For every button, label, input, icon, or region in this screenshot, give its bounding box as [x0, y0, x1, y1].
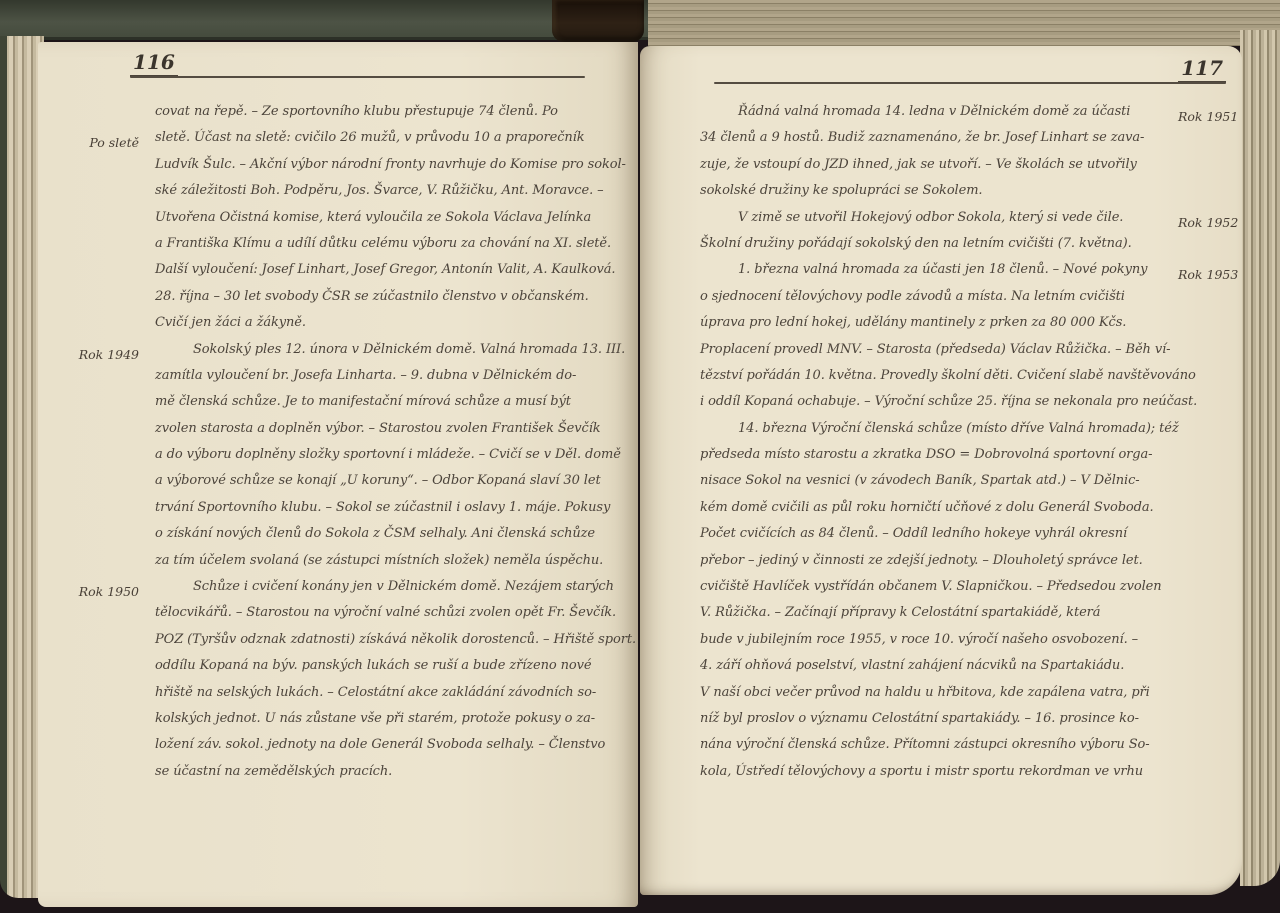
margin-year-note: Rok 1950: [79, 579, 139, 605]
handwritten-line: Schůze i cvičení konány jen v Dělnickém …: [155, 579, 610, 605]
handwritten-line: V naší obci večer průvod na haldu u hřbi…: [700, 685, 1162, 711]
handwritten-line: o sjednocení tělovýchovy podle závodů a …: [700, 289, 1162, 315]
binding-clasp: [552, 0, 644, 42]
handwritten-line: ložení záv. sokol. jednoty na dole Gener…: [155, 737, 610, 763]
handwritten-line: bude v jubilejním roce 1955, v roce 10. …: [700, 632, 1162, 658]
handwritten-line: nisace Sokol na vesnici (v závodech Baní…: [700, 473, 1162, 499]
page-number: 117: [1178, 56, 1226, 83]
handwritten-line: předseda místo starostu a zkratka DSO = …: [700, 447, 1162, 473]
handwritten-line: a Františka Klímu a udílí důtku celému v…: [155, 236, 610, 262]
handwritten-line: sokolské družiny ke spolupráci se Sokole…: [700, 183, 1162, 209]
handwritten-line: Utvořena Očistná komise, která vyloučila…: [155, 210, 610, 236]
handwritten-line: Řádná valná hromada 14. ledna v Dělnické…: [700, 104, 1162, 130]
handwritten-line: tělocvikářů. – Starostou na výroční valn…: [155, 605, 610, 631]
handwritten-line: ské záležitosti Boh. Podpěru, Jos. Švarc…: [155, 183, 610, 209]
handwritten-line: o získání nových členů do Sokola z ČSM s…: [155, 526, 610, 552]
handwritten-line: 34 členů a 9 hostů. Budiž zaznamenáno, ž…: [700, 130, 1162, 156]
margin-year-note: Rok 1951: [1178, 104, 1238, 130]
margin-year-note: Rok 1953: [1178, 262, 1238, 288]
handwritten-line: úprava pro lední hokej, udělány mantinel…: [700, 315, 1162, 341]
page-rule: [714, 82, 1226, 84]
handwritten-line: Počet cvičících as 84 členů. – Oddíl led…: [700, 526, 1162, 552]
paragraph: Rok 1951Řádná valná hromada 14. ledna v …: [700, 104, 1162, 210]
handwritten-text-block: Rok 1951Řádná valná hromada 14. ledna v …: [700, 104, 1162, 790]
paragraph: Rok 19531. března valná hromada za účast…: [700, 262, 1162, 420]
page-stack-fore-edge: [1240, 30, 1280, 886]
handwritten-text-block: Po sletěcovat na řepě. – Ze sportovního …: [155, 104, 610, 790]
paragraph: 14. března Výroční členská schůze (místo…: [700, 421, 1162, 790]
paragraph: Rok 1952V zimě se utvořil Hokejový odbor…: [700, 210, 1162, 263]
handwritten-line: Sokolský ples 12. února v Dělnickém domě…: [155, 342, 610, 368]
handwritten-line: a výborové schůze se konají „U koruny“. …: [155, 473, 610, 499]
page-header: 117: [714, 56, 1226, 86]
handwritten-line: Školní družiny pořádají sokolský den na …: [700, 236, 1162, 262]
book-cover-top-edge: [0, 0, 648, 40]
page-right: 117 Rok 1951Řádná valná hromada 14. ledn…: [640, 46, 1242, 895]
handwritten-line: nána výroční členská schůze. Přítomni zá…: [700, 737, 1162, 763]
handwritten-line: 28. října – 30 let svobody ČSR se zúčast…: [155, 289, 610, 315]
handwritten-line: níž byl proslov o významu Celostátní spa…: [700, 711, 1162, 737]
handwritten-line: a do výboru doplněny složky sportovní i …: [155, 447, 610, 473]
handwritten-line: za tím účelem svolaná (se zástupci místn…: [155, 553, 610, 579]
handwritten-line: Ludvík Šulc. – Akční výbor národní front…: [155, 157, 610, 183]
handwritten-line: se účastní na zemědělských pracích.: [155, 764, 610, 790]
handwritten-line: hřiště na selských lukách. – Celostátní …: [155, 685, 610, 711]
paragraph: Rok 1949Sokolský ples 12. února v Dělnic…: [155, 342, 610, 580]
handwritten-line: i oddíl Kopaná ochabuje. – Výroční schůz…: [700, 394, 1162, 420]
handwritten-line: zvolen starosta a doplněn výbor. – Staro…: [155, 421, 610, 447]
handwritten-line: kola, Ústředí tělovýchovy a sportu i mis…: [700, 764, 1162, 790]
handwritten-line: oddílu Kopaná na býv. panských lukách se…: [155, 658, 610, 684]
handwritten-line: zamítla vyloučení br. Josefa Linharta. –…: [155, 368, 610, 394]
handwritten-line: V. Růžička. – Začínají přípravy k Celost…: [700, 605, 1162, 631]
handwritten-line: 4. září ohňová poselství, vlastní zaháje…: [700, 658, 1162, 684]
handwritten-line: kolských jednot. U nás zůstane vše při s…: [155, 711, 610, 737]
handwritten-line: Cvičí jen žáci a žákyně.: [155, 315, 610, 341]
handwritten-line: tězství pořádán 10. května. Provedly ško…: [700, 368, 1162, 394]
handwritten-line: trvání Sportovního klubu. – Sokol se zúč…: [155, 500, 610, 526]
handwritten-line: sletě. Účast na sletě: cvičilo 26 mužů, …: [155, 130, 610, 156]
handwritten-line: kém domě cvičili as půl roku horničtí uč…: [700, 500, 1162, 526]
handwritten-line: 14. března Výroční členská schůze (místo…: [700, 421, 1162, 447]
page-number: 116: [130, 50, 178, 77]
margin-year-note: Po sletě: [89, 130, 139, 156]
handwritten-line: mě členská schůze. Je to manifestační mí…: [155, 394, 610, 420]
handwritten-line: Další vyloučení: Josef Linhart, Josef Gr…: [155, 262, 610, 288]
handwritten-line: přebor – jediný v činnosti ze zdejší jed…: [700, 553, 1162, 579]
page-left: 116 Po sletěcovat na řepě. – Ze sportovn…: [38, 42, 638, 907]
margin-year-note: Rok 1952: [1178, 210, 1238, 236]
margin-year-note: Rok 1949: [79, 342, 139, 368]
handwritten-line: zuje, že vstoupí do JZD ihned, jak se ut…: [700, 157, 1162, 183]
handwritten-line: 1. března valná hromada za účasti jen 18…: [700, 262, 1162, 288]
page-rule: [130, 76, 585, 78]
paragraph: Rok 1950Schůze i cvičení konány jen v Dě…: [155, 579, 610, 790]
page-header: 116: [130, 50, 585, 80]
page-stack-top-edge: [648, 0, 1280, 46]
handwritten-line: POZ (Tyršův odznak zdatnosti) získává ně…: [155, 632, 610, 658]
chronicle-book-scan: 116 Po sletěcovat na řepě. – Ze sportovn…: [0, 0, 1280, 913]
handwritten-line: Proplacení provedl MNV. – Starosta (před…: [700, 342, 1162, 368]
handwritten-line: V zimě se utvořil Hokejový odbor Sokola,…: [700, 210, 1162, 236]
handwritten-line: cvičiště Havlíček vystřídán občanem V. S…: [700, 579, 1162, 605]
paragraph: Po sletěcovat na řepě. – Ze sportovního …: [155, 104, 610, 342]
handwritten-line: covat na řepě. – Ze sportovního klubu př…: [155, 104, 610, 130]
